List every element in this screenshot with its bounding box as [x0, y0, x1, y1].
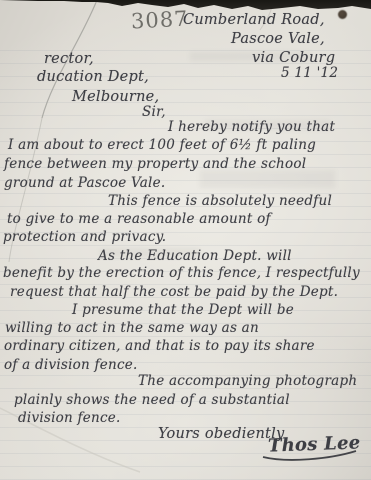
- signature: Thos Lee: [268, 434, 361, 455]
- body-line: plainly shows the need of a substantial: [14, 394, 290, 408]
- body-line: I hereby notify you that: [168, 121, 335, 135]
- body-line: I am about to erect 100 feet of 6½ ft pa…: [8, 139, 316, 153]
- salutation: Sir,: [142, 106, 166, 120]
- body-line: protection and privacy.: [3, 231, 166, 245]
- body-line: As the Education Dept. will: [98, 250, 292, 264]
- date-line: 5 11 '12: [281, 67, 338, 81]
- body-line: of a division fence.: [4, 359, 138, 373]
- address-line: via Coburg: [252, 51, 335, 66]
- address-line: Cumberland Road,: [183, 13, 325, 28]
- body-line: This fence is absolutely needful: [108, 195, 332, 209]
- body-line: request that half the cost be paid by th…: [10, 286, 338, 300]
- body-line: to give to me a reasonable amount of: [7, 213, 271, 227]
- recipient-line: ducation Dept,: [37, 70, 149, 85]
- recipient-line: Melbourne,: [72, 90, 159, 105]
- body-line: The accompanying photograph: [138, 375, 357, 389]
- body-line: benefit by the erection of this fence, I…: [3, 267, 360, 281]
- address-line: Pascoe Vale,: [231, 32, 325, 47]
- body-line: ground at Pascoe Vale.: [4, 177, 165, 191]
- body-line: willing to act in the same way as an: [5, 322, 259, 336]
- body-line: ordinary citizen, and that is to pay its…: [4, 340, 315, 354]
- file-number: 3087: [130, 7, 189, 34]
- bleed-through-smudge: [200, 170, 335, 188]
- hole-punch-mark: [338, 10, 347, 19]
- body-line: division fence.: [18, 412, 121, 426]
- body-line: I presume that the Dept will be: [72, 304, 294, 318]
- letter-page: 3087 Cumberland Road, Pascoe Vale, via C…: [0, 0, 371, 480]
- recipient-line: rector,: [44, 52, 94, 67]
- body-line: fence between my property and the school: [4, 158, 306, 172]
- closing: Yours obediently: [158, 427, 284, 442]
